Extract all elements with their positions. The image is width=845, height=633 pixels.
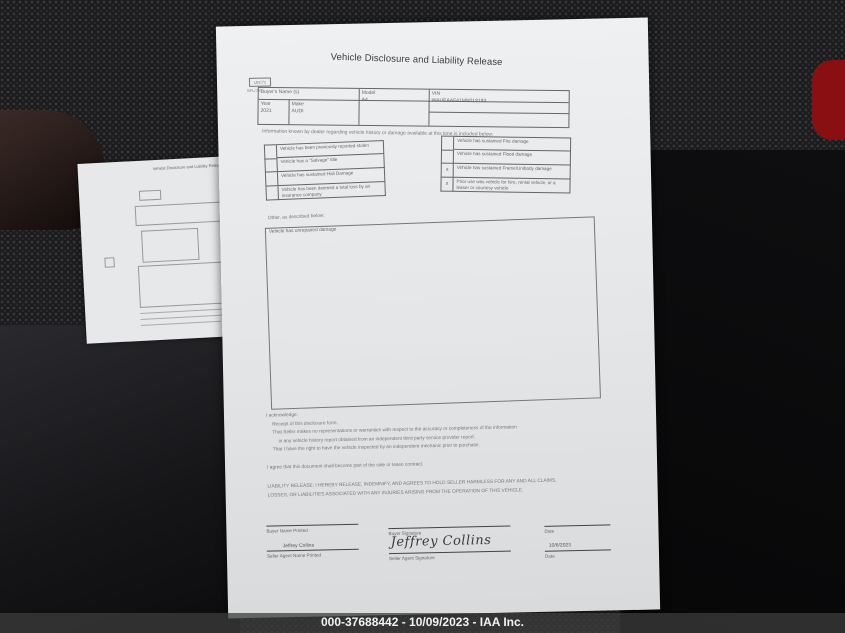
make-label: Make bbox=[292, 101, 304, 107]
year-label: Year bbox=[261, 101, 271, 107]
checklist-label: Prior use was vehicle for hire, rental v… bbox=[452, 178, 570, 194]
background-document-sheet: Vehicle Disclosure and Liability Release bbox=[77, 156, 236, 344]
leather-seat-background bbox=[0, 325, 240, 633]
mini-damage-box bbox=[138, 261, 232, 308]
vehicle-info-table: Buyer's Name (s) Year 2021 Make AUDI Mod… bbox=[257, 87, 569, 128]
mini-stamp bbox=[139, 190, 161, 201]
buyer-name-line bbox=[266, 524, 358, 527]
mini-checklist bbox=[141, 228, 200, 263]
checkbox bbox=[265, 172, 278, 186]
seller-agent-signature-label: Seller Agent Signature bbox=[389, 555, 435, 561]
checkbox bbox=[265, 186, 278, 200]
liability-release-text: LIABILITY RELEASE: I HEREBY RELEASE, IND… bbox=[267, 476, 617, 500]
year-value: 2021 bbox=[261, 108, 272, 114]
checkbox bbox=[264, 158, 277, 172]
make-value: AUDI bbox=[292, 108, 304, 114]
checkbox bbox=[441, 150, 453, 164]
vin-value: WAUEAAF41MN018193 bbox=[432, 98, 487, 105]
seller-agent-name-printed-label: Seller Agent Name Printed bbox=[267, 553, 321, 559]
background-document-title: Vehicle Disclosure and Liability Release bbox=[153, 162, 224, 171]
buyer-signature-line bbox=[388, 526, 510, 530]
checklist-label: Vehicle has been deemed a total loss by … bbox=[277, 182, 385, 200]
checkbox: x bbox=[441, 164, 453, 178]
history-checklist-left: Vehicle has been previously reported sto… bbox=[264, 140, 386, 201]
stamp-label: LBC71 bbox=[249, 77, 271, 86]
seller-agent-name-value: Jeffrey Collins bbox=[283, 543, 314, 550]
watermark-text: 000-37688442 - 10/09/2023 - IAA Inc. bbox=[0, 615, 845, 629]
buyer-date-line bbox=[544, 524, 610, 526]
checkbox: x bbox=[440, 178, 452, 192]
mini-text-line bbox=[140, 309, 225, 314]
damage-description-box: Vehicle has unrepaired damage bbox=[265, 216, 601, 409]
seller-agent-signature: Jeffrey Collins bbox=[391, 533, 492, 550]
buyer-name-label: Buyer's Name (s) bbox=[261, 89, 300, 95]
seller-date-value: 10/6/2023 bbox=[549, 542, 571, 548]
vehicle-disclosure-document: Vehicle Disclosure and Liability Release… bbox=[216, 18, 660, 619]
seller-date-line bbox=[545, 549, 611, 551]
agree-text: I agree that this document shall become … bbox=[267, 462, 423, 470]
model-label: Model bbox=[362, 90, 376, 96]
seller-agent-name-line bbox=[267, 549, 359, 552]
model-value: A4 bbox=[362, 97, 368, 103]
vin-label: VIN bbox=[432, 91, 440, 97]
acknowledgement-section: I acknowledge: Receipt of this disclosur… bbox=[266, 406, 607, 456]
mini-text-line bbox=[141, 321, 221, 326]
document-title: Vehicle Disclosure and Liability Release bbox=[306, 51, 526, 69]
other-caption: Other, as described below: bbox=[268, 214, 325, 222]
checkbox bbox=[441, 136, 453, 151]
buyer-name-printed-label: Buyer Name Printed bbox=[266, 528, 307, 534]
mini-text-line bbox=[141, 315, 226, 320]
damage-description: Vehicle has unrepaired damage bbox=[269, 227, 337, 234]
buyer-date-label: Date bbox=[544, 529, 554, 534]
checklist-row: x Prior use was vehicle for hire, rental… bbox=[440, 178, 570, 194]
history-checklist-right: Vehicle has sustained Fire damage Vehicl… bbox=[440, 136, 571, 194]
red-object-background bbox=[812, 60, 845, 140]
mini-box bbox=[104, 257, 115, 268]
seller-date-label: Date bbox=[545, 554, 555, 559]
seller-agent-signature-line bbox=[389, 551, 511, 555]
mini-vehicle-table bbox=[135, 201, 228, 226]
watermark-bar: 000-37688442 - 10/09/2023 - IAA Inc. bbox=[0, 613, 845, 633]
